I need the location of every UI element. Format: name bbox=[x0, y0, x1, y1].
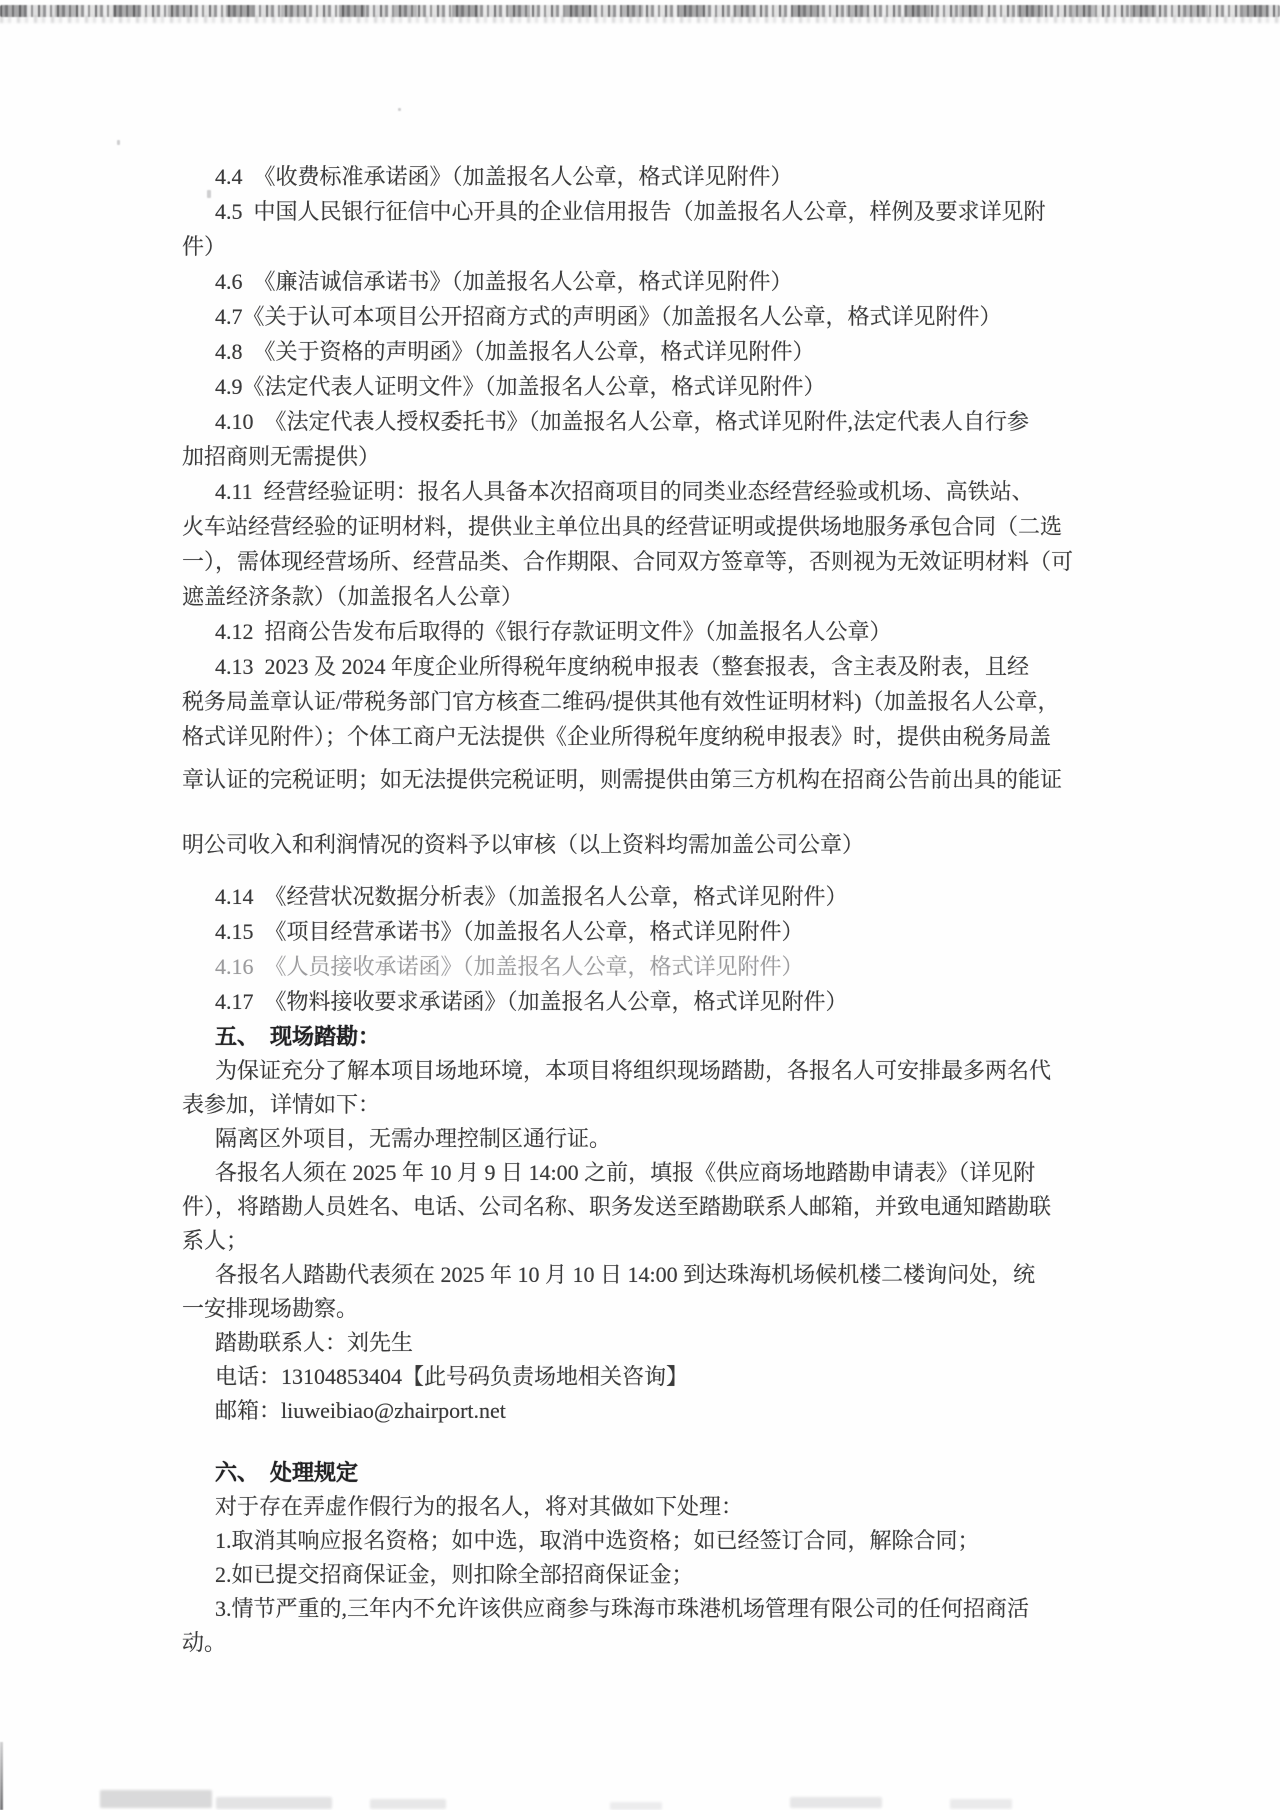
text-line: 一安排现场勘察。 bbox=[182, 1294, 1122, 1328]
text-line: 4.5 中国人民银行征信中心开具的企业信用报告（加盖报名人公章，样例及要求详见附 bbox=[182, 197, 1122, 232]
text-line: 4.8 《关于资格的声明函》（加盖报名人公章，格式详见附件） bbox=[182, 337, 1122, 372]
scan-speck bbox=[207, 190, 211, 198]
text-line: 章认证的完税证明；如无法提供完税证明，则需提供由第三方机构在招商公告前出具的能证 bbox=[182, 765, 1122, 800]
text-line: 邮箱：liuweibiao@zhairport.net bbox=[182, 1396, 1122, 1430]
text-line: 3.情节严重的,三年内不允许该供应商参与珠海市珠港机场管理有限公司的任何招商活 bbox=[182, 1594, 1122, 1628]
text-line: 对于存在弄虚作假行为的报名人，将对其做如下处理： bbox=[182, 1492, 1122, 1526]
text-line: 4.7《关于认可本项目公开招商方式的声明函》（加盖报名人公章，格式详见附件） bbox=[182, 302, 1122, 337]
scan-smudge bbox=[216, 1797, 332, 1809]
scan-noise-band-echo bbox=[0, 16, 1280, 23]
text-line: 1.取消其响应报名资格；如中选，取消中选资格；如已经签订合同，解除合同； bbox=[182, 1526, 1122, 1560]
text-line: 动。 bbox=[182, 1628, 1122, 1662]
text-line: 4.10 《法定代表人授权委托书》（加盖报名人公章，格式详见附件,法定代表人自行… bbox=[182, 407, 1122, 442]
text-line: 表参加，详情如下： bbox=[182, 1090, 1122, 1124]
text-line: 各报名人踏勘代表须在 2025 年 10 月 10 日 14:00 到达珠海机场… bbox=[182, 1260, 1122, 1294]
text-line: 隔离区外项目，无需办理控制区通行证。 bbox=[182, 1124, 1122, 1158]
text-line: 踏勘联系人：刘先生 bbox=[182, 1328, 1122, 1362]
text-line: 4.13 2023 及 2024 年度企业所得税年度纳税申报表（整套报表，含主表… bbox=[182, 652, 1122, 687]
scan-smudge bbox=[610, 1802, 662, 1810]
scan-edge-left bbox=[0, 1742, 3, 1810]
text-line: 遮盖经济条款）（加盖报名人公章） bbox=[182, 582, 1122, 617]
text-line: 明公司收入和利润情况的资料予以审核（以上资料均需加盖公司公章） bbox=[182, 830, 1122, 865]
text-line: 4.11 经营经验证明：报名人具备本次招商项目的同类业态经营经验或机场、高铁站、 bbox=[182, 477, 1122, 512]
text-line: 4.12 招商公告发布后取得的《银行存款证明文件》（加盖报名人公章） bbox=[182, 617, 1122, 652]
text-line: 各报名人须在 2025 年 10 月 9 日 14:00 之前，填报《供应商场地… bbox=[182, 1158, 1122, 1192]
scan-speck bbox=[398, 108, 401, 111]
section-heading: 六、 处理规定 bbox=[182, 1458, 1122, 1492]
text-line: 格式详见附件）；个体工商户无法提供《企业所得税年度纳税申报表》时，提供由税务局盖 bbox=[182, 722, 1122, 757]
scanned-document-page: 4.4 《收费标准承诺函》（加盖报名人公章，格式详见附件）4.5 中国人民银行征… bbox=[0, 0, 1280, 1810]
document-body: 4.4 《收费标准承诺函》（加盖报名人公章，格式详见附件）4.5 中国人民银行征… bbox=[182, 162, 1122, 1662]
text-line: 4.4 《收费标准承诺函》（加盖报名人公章，格式详见附件） bbox=[182, 162, 1122, 197]
text-line: 4.9《法定代表人证明文件》（加盖报名人公章，格式详见附件） bbox=[182, 372, 1122, 407]
text-line: 4.16 《人员接收承诺函》（加盖报名人公章，格式详见附件） bbox=[182, 952, 1122, 987]
text-line: 件），将踏勘人员姓名、电话、公司名称、职务发送至踏勘联系人邮箱，并致电通知踏勘联 bbox=[182, 1192, 1122, 1226]
text-line: 为保证充分了解本项目场地环境，本项目将组织现场踏勘，各报名人可安排最多两名代 bbox=[182, 1056, 1122, 1090]
scan-smudge bbox=[100, 1790, 212, 1808]
scan-smudge bbox=[370, 1799, 446, 1809]
text-line: 火车站经营经验的证明材料，提供业主单位出具的经营证明或提供场地服务承包合同（二选 bbox=[182, 512, 1122, 547]
text-line: 4.14 《经营状况数据分析表》（加盖报名人公章，格式详见附件） bbox=[182, 882, 1122, 917]
text-line: 一），需体现经营场所、经营品类、合作期限、合同双方签章等，否则视为无效证明材料（… bbox=[182, 547, 1122, 582]
text-line: 加招商则无需提供） bbox=[182, 442, 1122, 477]
text-line: 电话：13104853404【此号码负责场地相关咨询】 bbox=[182, 1362, 1122, 1396]
text-line: 系人； bbox=[182, 1226, 1122, 1260]
scan-smudge bbox=[790, 1797, 882, 1808]
scan-smudge bbox=[950, 1799, 1012, 1809]
text-line: 4.6 《廉洁诚信承诺书》（加盖报名人公章，格式详见附件） bbox=[182, 267, 1122, 302]
scan-speck bbox=[117, 140, 120, 145]
text-line: 4.15 《项目经营承诺书》（加盖报名人公章，格式详见附件） bbox=[182, 917, 1122, 952]
section-heading: 五、 现场踏勘： bbox=[182, 1022, 1122, 1056]
text-line: 件） bbox=[182, 232, 1122, 267]
text-line: 4.17 《物料接收要求承诺函》（加盖报名人公章，格式详见附件） bbox=[182, 987, 1122, 1022]
text-line: 2.如已提交招商保证金，则扣除全部招商保证金； bbox=[182, 1560, 1122, 1594]
text-line: 税务局盖章认证/带税务部门官方核查二维码/提供其他有效性证明材料)（加盖报名人公… bbox=[182, 687, 1122, 722]
